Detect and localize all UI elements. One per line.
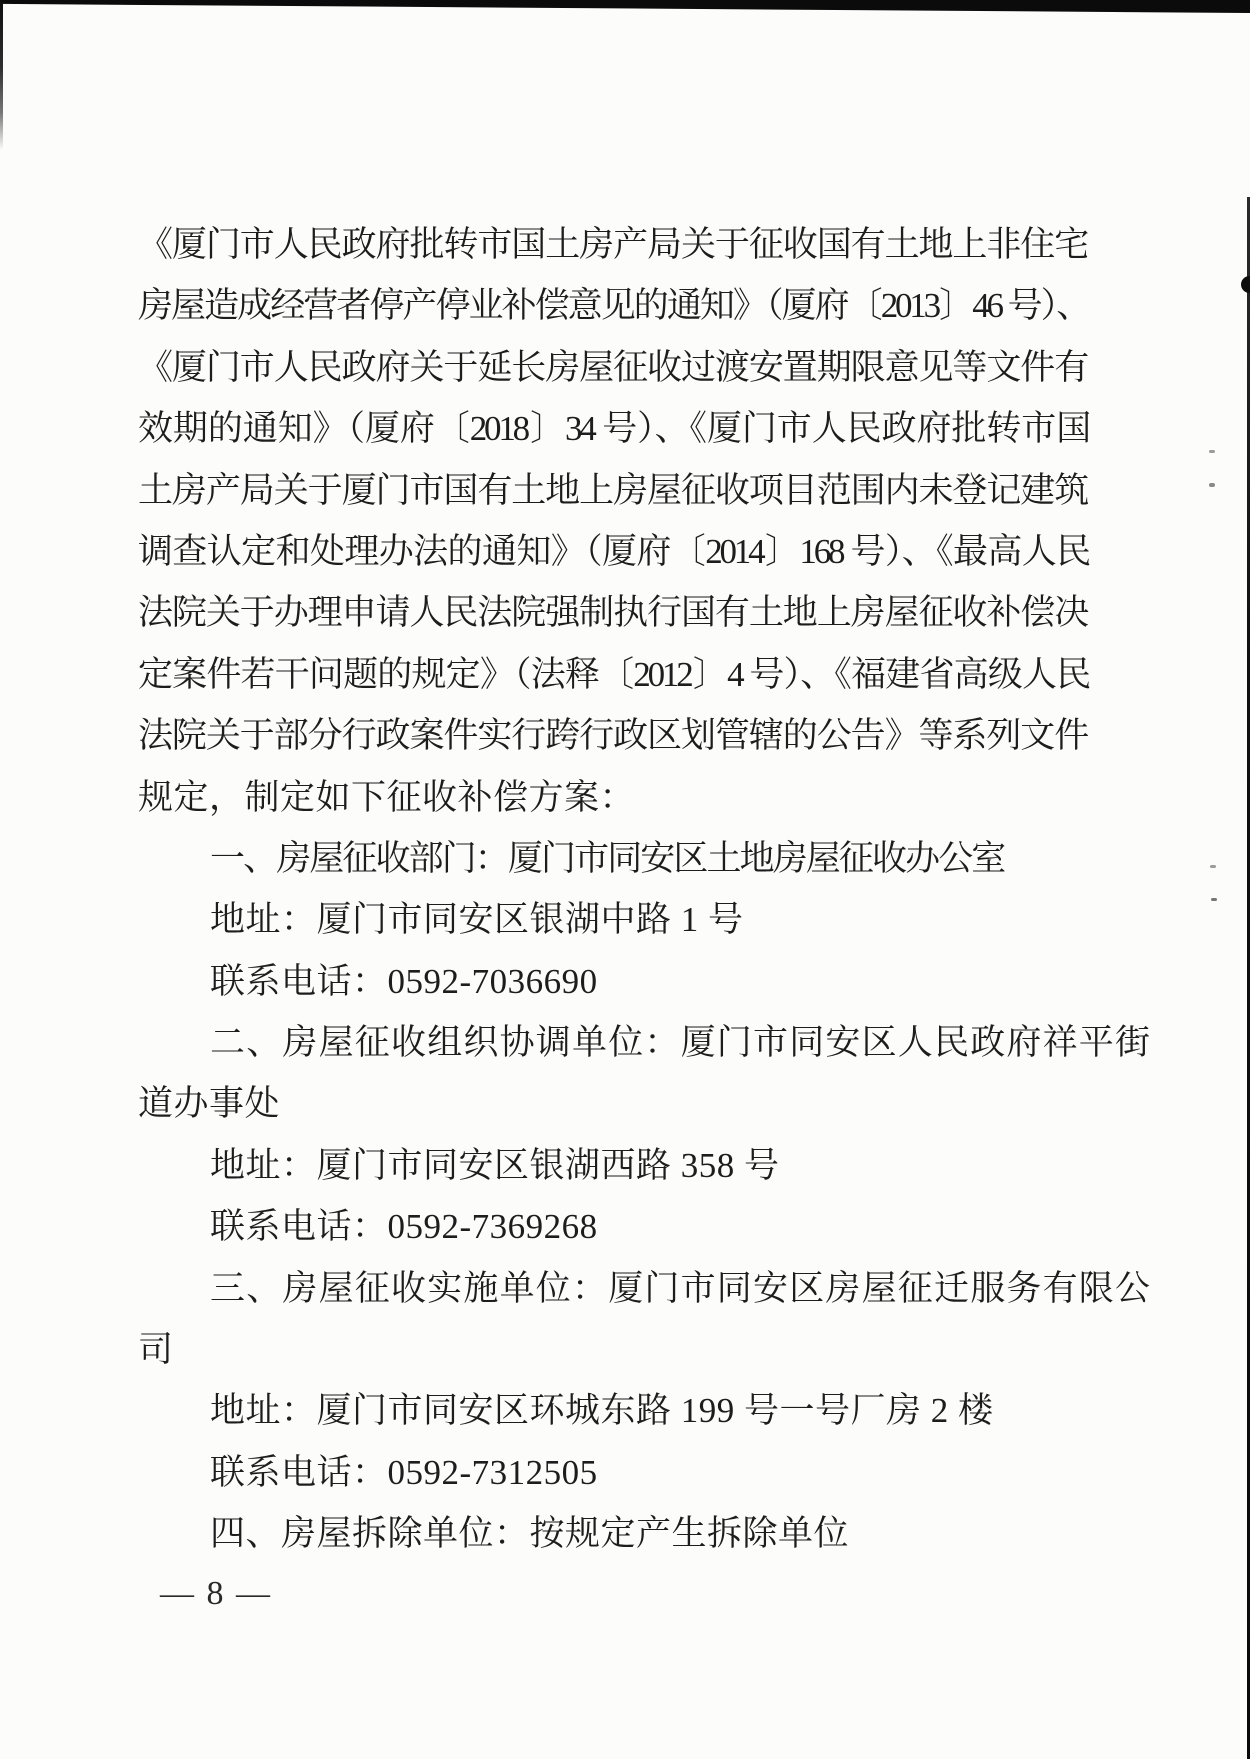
body-text: 《厦门市人民政府批转市国土房产局关于征收国有土地上非住宅 房屋造成经营者停产停业… [138,214,1088,1565]
item-2-heading-line-2: 道办事处 [138,1073,1088,1134]
item-3-phone: 联系电话：0592-7312505 [138,1442,1088,1503]
para-legal-basis-line-7: 法院关于办理申请人民法院强制执行国有土地上房屋征收补偿决 [138,582,1088,643]
item-2-heading-line-1: 二、房屋征收组织协调单位：厦门市同安区人民政府祥平街 [138,1012,1088,1073]
scan-speck [1210,865,1216,868]
page-number-footer: — 8 — [160,1563,272,1624]
scan-speck [1209,483,1215,487]
item-3-heading-line-2: 司 [138,1319,1088,1380]
item-2-phone: 联系电话：0592-7369268 [138,1196,1088,1257]
scanned-document-page: 《厦门市人民政府批转市国土房产局关于征收国有土地上非住宅 房屋造成经营者停产停业… [0,0,1250,1759]
scan-speck [1209,450,1215,453]
para-legal-basis-line-10: 规定，制定如下征收补偿方案： [138,767,1088,828]
scan-speck [1211,898,1217,901]
item-1-address: 地址：厦门市同安区银湖中路 1 号 [138,889,1088,950]
item-3-heading-line-1: 三、房屋征收实施单位：厦门市同安区房屋征迁服务有限公 [138,1258,1088,1319]
scan-artifact-left-edge [0,0,3,150]
item-2-address: 地址：厦门市同安区银湖西路 358 号 [138,1135,1088,1196]
item-4-heading: 四、房屋拆除单位：按规定产生拆除单位 [138,1503,1088,1564]
item-1-phone: 联系电话：0592-7036690 [138,951,1088,1012]
item-1-heading: 一、房屋征收部门：厦门市同安区土地房屋征收办公室 [138,828,1088,889]
para-legal-basis-line-8: 定案件若干问题的规定》（法释〔2012〕4 号）、《福建省高级人民 [138,644,1088,705]
scan-artifact-top-edge [0,0,1250,13]
para-legal-basis-line-1: 《厦门市人民政府批转市国土房产局关于征收国有土地上非住宅 [138,214,1088,275]
para-legal-basis-line-3: 《厦门市人民政府关于延长房屋征收过渡安置期限意见等文件有 [138,337,1088,398]
para-legal-basis-line-4: 效期的通知》（厦府〔2018〕34 号）、《厦门市人民政府批转市国 [138,398,1088,459]
scan-artifact-right-blob [1241,276,1250,293]
para-legal-basis-line-6: 调查认定和处理办法的通知》（厦府〔2014〕168 号）、《最高人民 [138,521,1088,582]
para-legal-basis-line-5: 土房产局关于厦门市国有土地上房屋征收项目范围内未登记建筑 [138,460,1088,521]
para-legal-basis-line-2: 房屋造成经营者停产停业补偿意见的通知》（厦府〔2013〕46 号）、 [138,275,1088,336]
para-legal-basis-line-9: 法院关于部分行政案件实行跨行政区划管辖的公告》等系列文件 [138,705,1088,766]
item-3-address: 地址：厦门市同安区环城东路 199 号一号厂房 2 楼 [138,1380,1088,1441]
